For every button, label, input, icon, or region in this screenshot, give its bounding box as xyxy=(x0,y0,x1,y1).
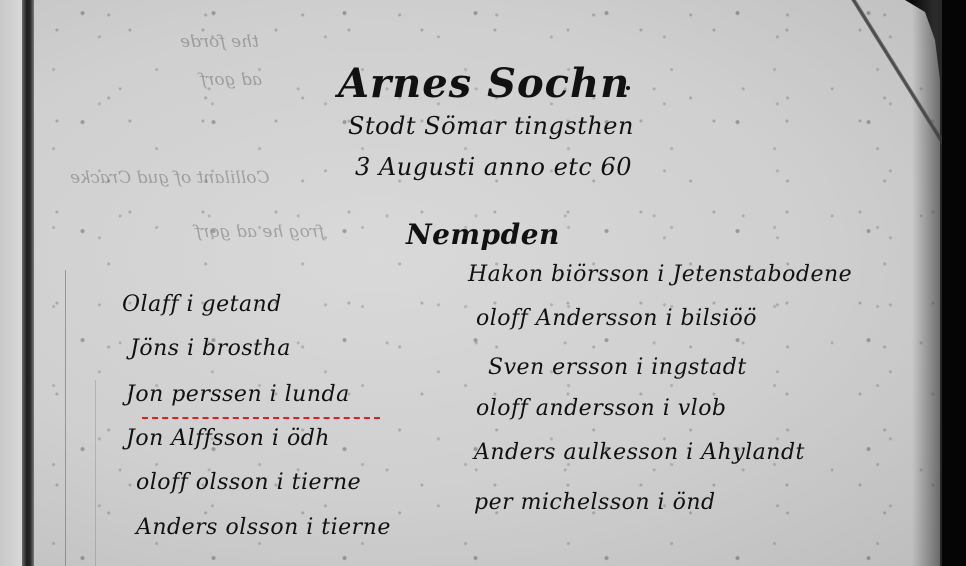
list-item: oloff olsson i tierne xyxy=(136,470,361,495)
manuscript-scan: the forde ad gorf Collilant of gud Crack… xyxy=(0,0,966,566)
list-item: Jon Alffsson i ödh xyxy=(126,426,330,451)
bleed-through-text: the forde xyxy=(180,32,259,52)
list-item: Jöns i brostha xyxy=(130,336,291,361)
header-line-date: 3 Augusti anno etc 60 xyxy=(355,153,632,181)
list-item: Sven ersson i ingstadt xyxy=(488,355,747,380)
bleed-through-text: ad gorf xyxy=(200,70,262,90)
document-title: Arnes Sochn xyxy=(338,60,630,107)
list-item: Anders aulkesson i Ahylandt xyxy=(474,440,805,465)
bleed-through-text: frog he ad gorf xyxy=(195,222,324,242)
bleed-through-text: Collilant of gud Cracke xyxy=(70,168,270,188)
list-item: oloff andersson i vlob xyxy=(476,396,727,421)
red-dashed-annotation-line xyxy=(142,417,380,419)
list-item: per michelsson i önd xyxy=(474,490,716,515)
margin-rule xyxy=(65,270,66,566)
binding-gutter xyxy=(22,0,34,566)
left-page-edge xyxy=(0,0,22,566)
list-item: Anders olsson i tierne xyxy=(136,515,391,540)
punctuation-mark xyxy=(626,86,630,90)
list-item: Olaff i getand xyxy=(122,292,282,317)
margin-rule-faint xyxy=(95,380,96,566)
list-item: Jon perssen i lunda xyxy=(126,382,350,407)
header-line-court: Stodt Sömar tingsthen xyxy=(348,112,634,140)
list-item: Hakon biörsson i Jetenstabodene xyxy=(468,262,852,287)
section-heading: Nempden xyxy=(406,218,560,251)
scan-background xyxy=(942,0,966,566)
list-item: oloff Andersson i bilsiöö xyxy=(476,306,757,331)
